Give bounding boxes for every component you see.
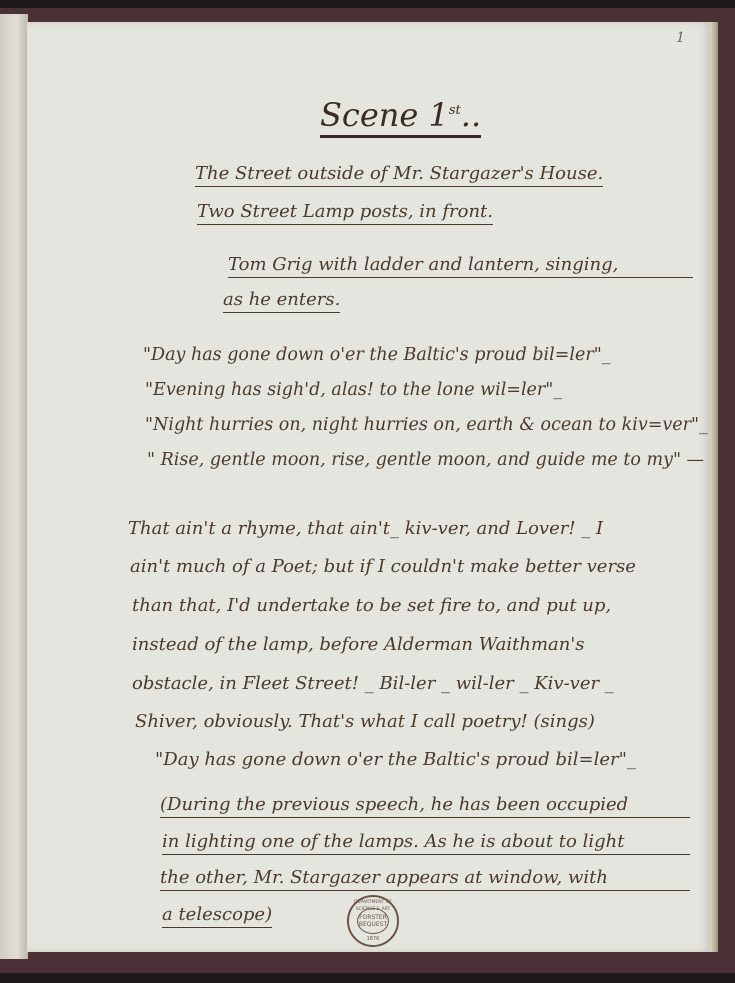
scene-title-text: Scene 1 bbox=[320, 96, 449, 134]
speech-line: instead of the lamp, before Alderman Wai… bbox=[132, 633, 585, 657]
direction-line: a telescope) bbox=[162, 903, 272, 928]
song-line: "Night hurries on, night hurries on, ear… bbox=[145, 413, 708, 437]
stage-direction-line: The Street outside of Mr. Stargazer's Ho… bbox=[195, 162, 603, 187]
scene-title-suffix: .. bbox=[461, 96, 481, 134]
speech-line: "Day has gone down o'er the Baltic's pro… bbox=[155, 748, 636, 772]
stamp-year: 1876 bbox=[367, 936, 380, 943]
speech-line: Shiver, obviously. That's what I call po… bbox=[135, 710, 595, 734]
speech-line: than that, I'd undertake to be set fire … bbox=[132, 594, 611, 618]
stamp-line-1: FORSTER bbox=[359, 914, 387, 921]
facing-page-edge bbox=[0, 14, 28, 959]
page-number: 1 bbox=[676, 30, 685, 46]
stage-direction-line: as he enters. bbox=[223, 288, 340, 313]
stage-direction-line: Two Street Lamp posts, in front. bbox=[197, 200, 493, 225]
song-line: " Rise, gentle moon, rise, gentle moon, … bbox=[147, 448, 704, 472]
speech-line: obstacle, in Fleet Street! _ Bil-ler _ w… bbox=[132, 672, 614, 696]
direction-line: the other, Mr. Stargazer appears at wind… bbox=[160, 866, 690, 891]
song-line: "Evening has sigh'd, alas! to the lone w… bbox=[145, 378, 562, 402]
scene-title-superscript: st bbox=[449, 103, 461, 118]
speech-line: ain't much of a Poet; but if I couldn't … bbox=[130, 555, 636, 579]
direction-line: (During the previous speech, he has been… bbox=[160, 793, 690, 818]
speech-line: That ain't a rhyme, that ain't_ kiv-ver,… bbox=[128, 517, 603, 541]
song-line: "Day has gone down o'er the Baltic's pro… bbox=[143, 343, 611, 367]
stamp-ring-text: DEPARTMENT OF SCIENCE & ART bbox=[349, 899, 397, 913]
direction-line: in lighting one of the lamps. As he is a… bbox=[162, 830, 690, 855]
stage-direction-line: Tom Grig with ladder and lantern, singin… bbox=[228, 253, 693, 278]
scene-title: Scene 1st.. bbox=[320, 95, 481, 138]
library-stamp: DEPARTMENT OF SCIENCE & ART FORSTER BEQU… bbox=[347, 895, 399, 947]
page-stack-edge bbox=[710, 22, 718, 952]
stamp-line-2: BEQUEST bbox=[359, 921, 387, 928]
